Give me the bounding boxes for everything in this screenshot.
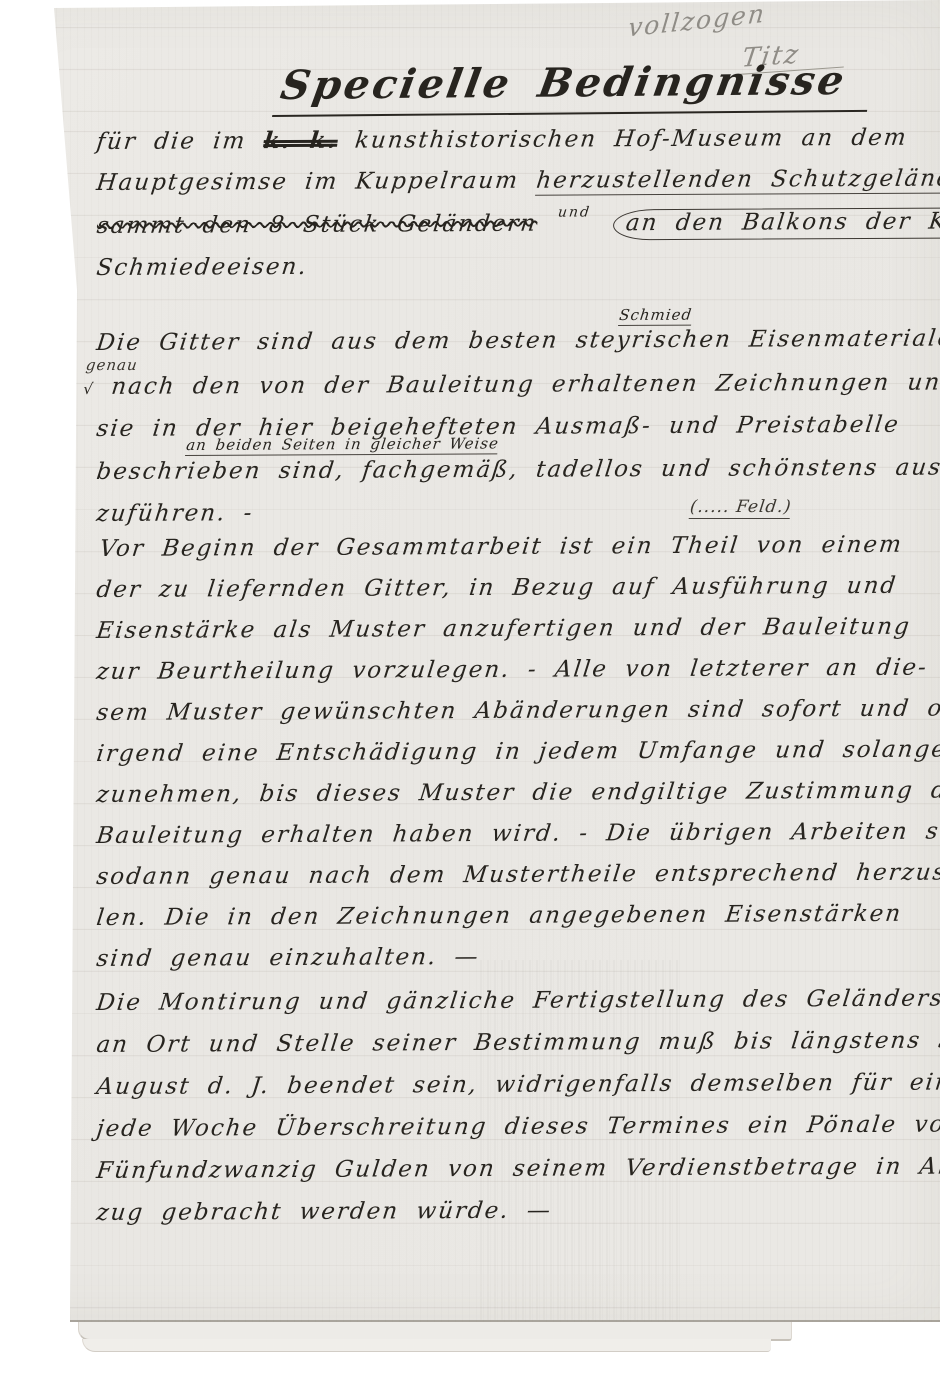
manuscript-line: Fünfundzwanzig Gulden von seinem Verdien… bbox=[95, 1153, 940, 1184]
circled-insertion: an den Balkons der Kuppel bbox=[611, 207, 940, 240]
margin-note-feld: (..... Feld.) bbox=[689, 497, 793, 519]
intro-l1b: kunsthistorischen Hof-Museum an dem bbox=[354, 125, 910, 154]
caret-mark: √ bbox=[82, 380, 95, 398]
struck-text: sammt den 8 Stück Geländern bbox=[95, 211, 538, 239]
para2-l2: nach den von der Bauleitung erhaltenen Z… bbox=[110, 369, 940, 400]
manuscript-line: Hauptgesimse im Kuppelraum herzustellend… bbox=[95, 165, 940, 196]
scanned-manuscript-page: { "colors": { "ink": "#27241f", "pencil"… bbox=[0, 0, 940, 1397]
caret-insert-und: und bbox=[557, 204, 592, 220]
intro-l1a: für die im bbox=[95, 128, 248, 155]
manuscript-line: irgend eine Entschädigung in jedem Umfan… bbox=[95, 736, 940, 767]
manuscript-line: Eisenstärke als Muster anzufertigen und … bbox=[95, 614, 912, 644]
manuscript-line: zuführen. - bbox=[95, 500, 255, 527]
manuscript-line: √ nach den von der Bauleitung erhaltenen… bbox=[82, 369, 940, 400]
manuscript-line: sind genau einzuhalten. — bbox=[95, 944, 481, 972]
manuscript-line: zunehmen, bis dieses Muster die endgilti… bbox=[95, 777, 940, 808]
page-title: Specielle Bedingnisse bbox=[272, 57, 876, 117]
para2-l1a: Die Gitter sind aus dem besten steyrisch… bbox=[95, 327, 733, 356]
manuscript-line: jede Woche Überschreitung dieses Termine… bbox=[95, 1111, 940, 1142]
underlying-sheet-edge-2 bbox=[82, 1339, 771, 1352]
manuscript-line: August d. J. beendet sein, widrigenfalls… bbox=[95, 1069, 940, 1100]
manuscript-line: sem Muster gewünschten Abänderungen sind… bbox=[95, 695, 940, 726]
margin-insert-genau: genau bbox=[85, 356, 139, 374]
para4-l1: Die Montirung und gänzliche Fertigstellu… bbox=[95, 986, 940, 1016]
manuscript-line: sammt den 8 Stück Geländern und an den B… bbox=[95, 207, 940, 243]
manuscript-line: Bauleitung erhalten haben wird. - Die üb… bbox=[95, 818, 940, 849]
para2-l1b: Eisenmateriale, bbox=[748, 325, 940, 352]
para4-l2a: an Ort und Stelle seiner Bestimmung muß … bbox=[95, 1027, 940, 1058]
interline-insert-schmied: Schmied bbox=[618, 306, 693, 326]
manuscript-line: Die Montirung und gänzliche Fertigstellu… bbox=[95, 985, 940, 1016]
manuscript-line: zug gebracht werden würde. — bbox=[95, 1198, 554, 1226]
interline-insert-weise: an beiden Seiten in gleicher Weise bbox=[185, 434, 500, 456]
manuscript-line: an Ort und Stelle seiner Bestimmung muß … bbox=[95, 1027, 940, 1058]
manuscript-line: len. Die in den Zeichnungen angegebenen … bbox=[95, 901, 904, 931]
manuscript-line: sodann genau nach dem Mustertheile entsp… bbox=[95, 859, 940, 890]
manuscript-line: Die Gitter sind aus dem besten steyrisch… bbox=[95, 325, 940, 356]
manuscript-line: für die im k. k. kunsthistorischen Hof-M… bbox=[95, 124, 909, 155]
manuscript-line: Schmiedeeisen. bbox=[95, 254, 309, 281]
intro-l2b-underlined: herzustellenden Schutzgeländer- bbox=[535, 165, 940, 195]
manuscript-line: zur Beurtheilung vorzulegen. - Alle von … bbox=[95, 655, 929, 685]
manuscript-line: der zu liefernden Gitter, in Bezug auf A… bbox=[95, 573, 899, 603]
struck-text: k. k. bbox=[262, 127, 339, 154]
manuscript-line: Vor Beginn der Gesammtarbeit ist ein The… bbox=[98, 532, 904, 562]
manuscript-line: beschrieben sind, fachgemäß, tadellos un… bbox=[95, 455, 940, 485]
intro-l2a: Hauptgesimse im Kuppelraum bbox=[95, 168, 521, 196]
